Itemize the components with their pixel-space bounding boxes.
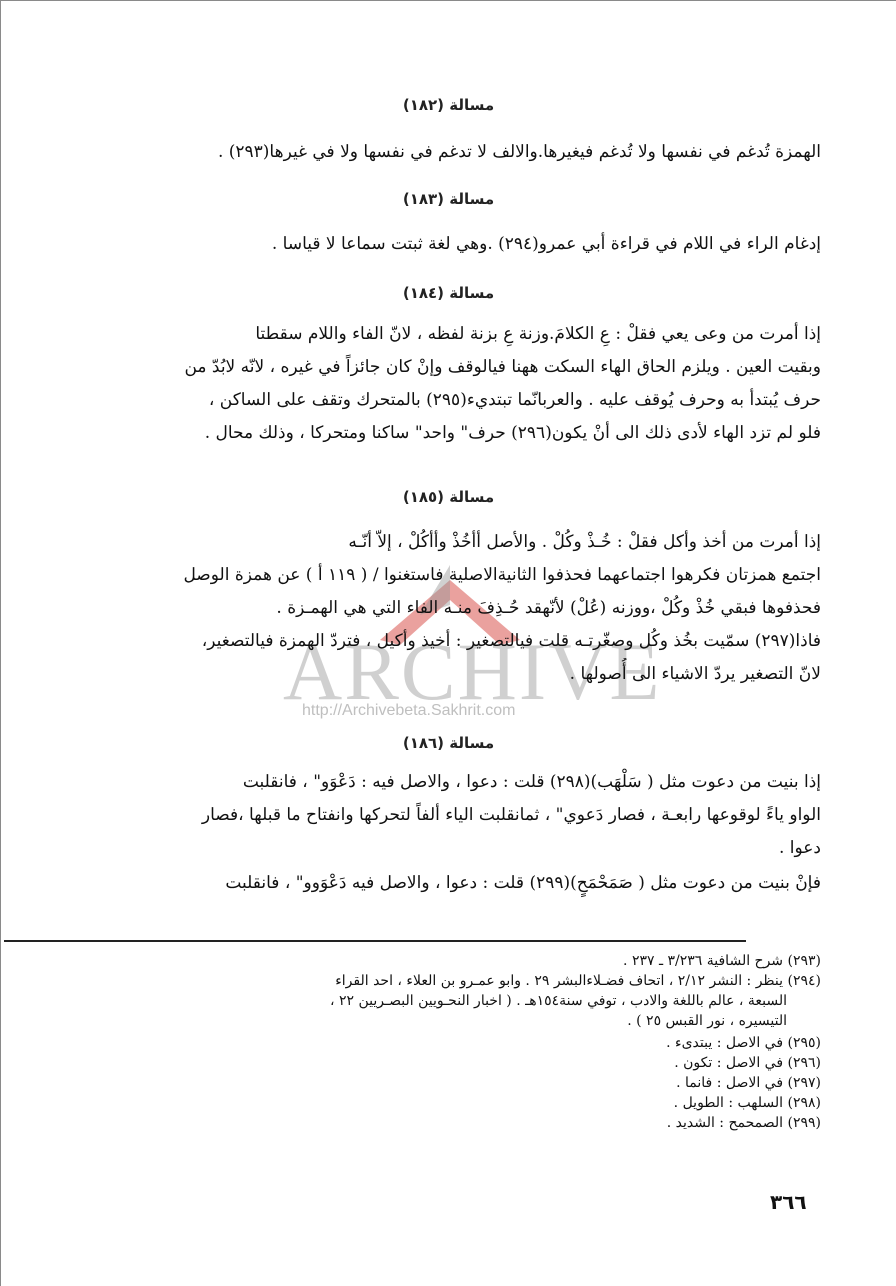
footnote-294: (٢٩٤) ينظر : النشر ٢/١٢ ، اتحاف فضـلاءال… (335, 972, 821, 990)
section-body-183: إدغام الراء في اللام في قراءة أبي عمرو(٢… (76, 228, 821, 261)
text-line: الهمزة تُدغم في نفسها ولا تُدغم فيغيرها.… (76, 136, 821, 169)
footnote-294-cont-2: التيسيره ، نور القبس ٢٥ ) . (627, 1012, 787, 1030)
footnote-296: (٢٩٦) في الاصل : تكون . (674, 1054, 821, 1072)
text-line: فإنْ بنيت من دعوت مثل ( صَمَحْمَحٍ)(٢٩٩)… (76, 867, 821, 900)
text-line: فحذفوها فبقي خُذْ وكُلْ ،ووزنه (عُلْ) لأ… (76, 592, 821, 625)
text-line: وبقيت العين . ويلزم الحاق الهاء السكت هه… (76, 351, 821, 384)
section-heading-186: مسالة (١٨٦) (76, 734, 821, 752)
footnote-294-cont-1: السبعة ، عالم باللغة والادب ، توفي سنة١٥… (330, 992, 787, 1010)
text-line: إذا أمرت من وعى يعي فقلْ : عِ الكلامَ.وز… (76, 318, 821, 351)
section-body-185: إذا أمرت من أخذ وأكل فقلْ : خُـذْ وكُلْ … (76, 526, 821, 691)
footnote-number: (٢٩٧) (788, 1075, 822, 1091)
footnote-number: (٢٩٩) (788, 1115, 822, 1131)
text-line: فاذا(٢٩٧) سمّيت بخُذ وكُل وصغّرتـه قلت ف… (76, 625, 821, 658)
section-heading-185: مسالة (١٨٥) (76, 488, 821, 506)
section-body-184: إذا أمرت من وعى يعي فقلْ : عِ الكلامَ.وز… (76, 318, 821, 450)
footnote-number: (٢٩٤) (788, 973, 822, 989)
text-line: دعوا . (76, 832, 821, 865)
section-body-182: الهمزة تُدغم في نفسها ولا تُدغم فيغيرها.… (76, 136, 821, 169)
footnote-293: (٢٩٣) شرح الشافية ٣/٢٣٦ ـ ٢٣٧ . (623, 952, 821, 970)
text-line: الواو ياءً لوقوعها رابعـة ، فصار دَعوي" … (76, 799, 821, 832)
page-number: ٣٦٦ (770, 1190, 807, 1214)
footnote-298: (٢٩٨) السلهب : الطويل . (674, 1094, 821, 1112)
footnote-text: السلهب : الطويل . (674, 1095, 783, 1111)
footnote-number: (٢٩٥) (788, 1035, 822, 1051)
footnote-number: (٢٩٣) (788, 953, 822, 969)
footnote-297: (٢٩٧) في الاصل : فانما . (676, 1074, 821, 1092)
page-frame-top-border (0, 0, 896, 1)
footnote-separator (4, 940, 746, 942)
footnote-299: (٢٩٩) الصمحمح : الشديد . (667, 1114, 821, 1132)
footnote-text: في الاصل : يبتدىء . (666, 1035, 783, 1051)
text-line: إذا أمرت من أخذ وأكل فقلْ : خُـذْ وكُلْ … (76, 526, 821, 559)
section-heading-184: مسالة (١٨٤) (76, 284, 821, 302)
footnote-text: ينظر : النشر ٢/١٢ ، اتحاف فضـلاءالبشر ٢٩… (335, 973, 783, 989)
footnote-number: (٢٩٦) (788, 1055, 822, 1071)
section-body-186: إذا بنيت من دعوت مثل ( سَلْهَب)(٢٩٨) قلت… (76, 766, 821, 900)
footnote-text: في الاصل : تكون . (674, 1055, 783, 1071)
section-heading-182: مسالة (١٨٢) (76, 96, 821, 114)
page-frame-left-border (0, 0, 1, 1286)
footnote-text: في الاصل : فانما . (676, 1075, 783, 1091)
text-line: حرف يُبتدأ به وحرف يُوقف عليه . والعربان… (76, 384, 821, 417)
text-line: فلو لم تزد الهاء لأدى ذلك الى أنْ يكون(٢… (76, 417, 821, 450)
section-heading-183: مسالة (١٨٣) (76, 190, 821, 208)
footnote-text: الصمحمح : الشديد . (667, 1115, 783, 1131)
text-line: إذا بنيت من دعوت مثل ( سَلْهَب)(٢٩٨) قلت… (76, 766, 821, 799)
text-line: اجتمع همزتان فكرهوا اجتماعهما فحذفوا الث… (76, 559, 821, 592)
text-line: إدغام الراء في اللام في قراءة أبي عمرو(٢… (76, 228, 821, 261)
watermark-url: http://Archivebeta.Sakhrit.com (302, 702, 515, 720)
footnote-295: (٢٩٥) في الاصل : يبتدىء . (666, 1034, 821, 1052)
text-line: لانّ التصغير يردّ الاشياء الى أُصولها . (76, 658, 821, 691)
footnote-text: شرح الشافية ٣/٢٣٦ ـ ٢٣٧ . (623, 953, 783, 969)
footnote-number: (٢٩٨) (788, 1095, 822, 1111)
